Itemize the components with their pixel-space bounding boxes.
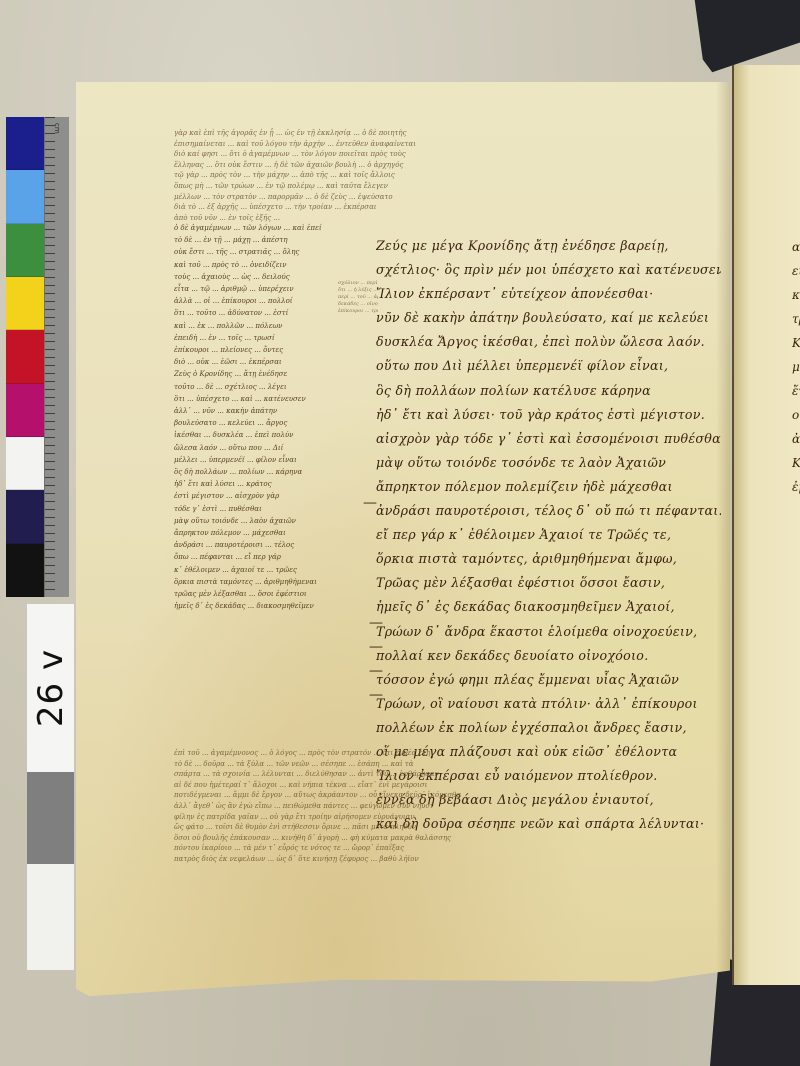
top-scholia-block: γὰρ καὶ ἐπὶ τῆς ἀγορᾶς ἐν ᾗ ... ὡς ἐν τῇ… — [174, 128, 674, 223]
folio-label-grey-patch — [27, 772, 74, 864]
commentary-line: Ζεὺς ὁ Κρονίδης ... ἄτῃ ἐνέδησε — [174, 368, 354, 380]
color-calibration-strip — [6, 117, 46, 597]
scholia-line: ἐπὶ τοῦ ... ἀγαμέμνονος ... ὁ λόγος ... … — [174, 748, 694, 759]
commentary-line: ἐπειδὴ ... ἐν ... τοῖς ... τρωσί — [174, 332, 354, 344]
swatch-black — [6, 544, 46, 597]
verse-line: ἄπρηκτον πόλεμον πολεμίζειν ἠδὲ μάχεσθαι — [376, 475, 721, 499]
commentary-line: ὅτι ... τοῦτο ... ἀδύνατον ... ἐστί — [174, 307, 354, 319]
verse-line: δυσκλέα Ἄργος ἱκέσθαι, ἐπεὶ πολὺν ὤλεσα … — [376, 330, 721, 354]
commentary-line: τόδε γ᾽ ἐστὶ ... πυθέσθαι — [174, 503, 354, 515]
commentary-line: ἠδ᾽ ἔτι καὶ λύσει ... κράτος — [174, 478, 354, 490]
facing-page-text: αἰεἰκετρΚμἔτοὐἀρΚἐμ — [792, 235, 800, 499]
scholia-line: γὰρ καὶ ἐπὶ τῆς ἀγορᾶς ἐν ᾗ ... ὡς ἐν τῇ… — [174, 128, 674, 139]
verse-line: νῦν δὲ κακὴν ἀπάτην βουλεύσατο, καί με κ… — [376, 306, 721, 330]
critical-sign-dash: — — [369, 663, 383, 679]
swatch-white — [6, 437, 46, 490]
scholia-line: αἱ δέ που ἡμέτεραί τ᾽ ἄλοχοι ... καὶ νήπ… — [174, 780, 694, 791]
verse-line: τόσσον ἐγώ φημι πλέας ἔμμεναι υἷας Ἀχαιῶ… — [376, 668, 721, 692]
verse-line: οὕτω που Διὶ μέλλει ὑπερμενέϊ φίλον εἶνα… — [376, 354, 721, 378]
scholia-line: ποτιδέγμεναι ... ἄμμι δὲ ἔργον ... αὔτως… — [174, 790, 694, 801]
verse-line: ἡμεῖς δ᾽ ἐς δεκάδας διακοσμηθεῖμεν Ἀχαιο… — [376, 595, 721, 619]
commentary-line: ὁ δὲ ἀγαμέμνων ... τῶν λόγων ... καὶ ἐπε… — [174, 222, 354, 234]
scholia-line: πόντου ἰκαρίοιο ... τὰ μέν τ᾽ εὖρός τε ν… — [174, 843, 694, 854]
swatch-green — [6, 224, 46, 277]
commentary-line: βουλεύσατο ... κελεύει ... ἄργος — [174, 417, 354, 429]
swatch-blue — [6, 117, 46, 170]
commentary-line: τοὺς ... ἀχαιοὺς ... ὡς ... δειλούς — [174, 271, 354, 283]
verse-line: Τρώων, οἳ ναίουσι κατὰ πτόλιν· ἀλλ᾽ ἐπίκ… — [376, 692, 721, 716]
scholia-line: τῷ γὰρ ... πρὸς τὸν ... τὴν μάχην ... ἀπ… — [174, 170, 674, 181]
commentary-line: καὶ τοῦ ... πρὸς τὸ ... ὀνειδίζειν — [174, 259, 354, 271]
verse-line: ἠδ᾽ ἔτι καὶ λύσει· τοῦ γὰρ κράτος ἐστὶ μ… — [376, 403, 721, 427]
scholia-line: διὸ καί φησι ... ὅτι ὁ ἀγαμέμνων ... τὸν… — [174, 149, 674, 160]
commentary-line: ἐπίκουροι ... πλείονες ... ὄντες — [174, 344, 354, 356]
facing-page-line: ἀρ — [792, 427, 800, 451]
commentary-line: ἀλλ᾽ ... νῦν ... κακὴν ἀπάτην — [174, 405, 354, 417]
commentary-line: ἐστὶ μέγιστον ... αἰσχρὸν γὰρ — [174, 490, 354, 502]
swatch-yellow — [6, 277, 46, 330]
manuscript-folio: γὰρ καὶ ἐπὶ τῆς ἀγορᾶς ἐν ᾗ ... ὡς ἐν τῇ… — [76, 82, 730, 998]
commentary-line: ἡμεῖς δ᾽ ἐς δεκάδας ... διακοσμηθεῖμεν — [174, 600, 354, 612]
facing-page-line: εἰ — [792, 259, 800, 283]
facing-page-line: Κ — [792, 331, 800, 355]
swatch-navy — [6, 490, 46, 543]
verse-line: Τρῶας μὲν λέξασθαι ἐφέστιοι ὅσσοι ἔασιν, — [376, 571, 721, 595]
bottom-scholia-block: ἐπὶ τοῦ ... ἀγαμέμνονος ... ὁ λόγος ... … — [174, 748, 694, 865]
swatch-magenta — [6, 384, 46, 437]
verse-line: ἀνδράσι παυροτέροισι, τέλος δ᾽ οὔ πώ τι … — [376, 499, 721, 523]
left-column-commentary: ὁ δὲ ἀγαμέμνων ... τῶν λόγων ... καὶ ἐπε… — [174, 222, 354, 613]
commentary-line: ὃς δὴ πολλάων ... πολίων ... κάρηνα — [174, 466, 354, 478]
margin-note-line: ἐπίκουροι ... τρώων — [338, 308, 378, 315]
scholia-line: ὅσοι οὐ βουλῆς ἐπάκουσαν ... κινήθη δ᾽ ἀ… — [174, 833, 694, 844]
facing-page-line: Κ — [792, 451, 800, 475]
folio-number: 26 v — [31, 649, 71, 727]
facing-page-line: τρ — [792, 307, 800, 331]
scholia-line: μέλλων ... τὸν στρατὸν ... παρορμᾶν ... … — [174, 192, 674, 203]
scholia-line: διὰ τὸ ... ἐξ ἀρχῆς ... ὑπέσχετο ... τὴν… — [174, 202, 674, 213]
measurement-ruler: cm — [44, 117, 69, 597]
critical-sign-dash: — — [369, 687, 383, 703]
commentary-line: οὐκ ἔστι ... τῆς ... στρατιᾶς ... ὅλης — [174, 246, 354, 258]
facing-page-line: ἐμ — [792, 475, 800, 499]
facing-page-line: μ — [792, 355, 800, 379]
verse-line: πολλέων ἐκ πολίων ἐγχέσπαλοι ἄνδρες ἔασι… — [376, 716, 721, 740]
margin-note-line: σχόλιον ... περὶ τοῦ ... ἄτης — [338, 280, 378, 287]
ruler-label: cm — [53, 123, 61, 134]
commentary-line: ὅτι ... ὑπέσχετο ... καὶ ... κατένευσεν — [174, 393, 354, 405]
verse-line: ὅρκια πιστὰ ταμόντες, ἀριθμηθήμεναι ἄμφω… — [376, 547, 721, 571]
verse-line: σχέτλιος· ὃς πρὶν μέν μοι ὑπέσχετο καὶ κ… — [376, 258, 721, 282]
interlinear-margin-notes: σχόλιον ... περὶ τοῦ ... ἄτηςὅτι ... ἡ λ… — [338, 280, 378, 315]
commentary-line: ὄπω ... πέφανται ... εἴ περ γάρ — [174, 551, 354, 563]
scholia-line: ἕλληνας ... ὅτι οὐκ ἔστιν ... ἡ δὲ τῶν ἀ… — [174, 160, 674, 171]
commentary-line: μέλλει ... ὑπερμενέϊ ... φίλον εἶναι — [174, 454, 354, 466]
commentary-line: μὰψ οὕτω τοιόνδε ... λαὸν ἀχαιῶν — [174, 515, 354, 527]
folio-label-white: 26 v — [27, 604, 74, 772]
verse-line: ὃς δὴ πολλάων πολίων κατέλυσε κάρηνα — [376, 379, 721, 403]
scholia-line: πατρὸς διὸς ἐκ νεφελάων ... ὡς δ᾽ ὅτε κι… — [174, 854, 694, 865]
verse-line: πολλαί κεν δεκάδες δευοίατο οἰνοχόοιο. — [376, 644, 721, 668]
commentary-line: ἀνδράσι ... παυροτέροισι ... τέλος — [174, 539, 354, 551]
critical-sign-dash: — — [369, 615, 383, 631]
folio-label-white-patch — [27, 864, 74, 970]
verse-line: εἴ περ γάρ κ᾽ ἐθέλοιμεν Ἀχαιοί τε Τρῶές … — [376, 523, 721, 547]
commentary-line: ἱκέσθαι ... δυσκλέα ... ἐπεὶ πολύν — [174, 429, 354, 441]
facing-page-line: οὐ — [792, 403, 800, 427]
commentary-line: ἄπρηκτον πόλεμον ... μάχεσθαι — [174, 527, 354, 539]
critical-sign-dash: — — [369, 639, 383, 655]
folio-label-tab: 26 v — [27, 604, 74, 970]
commentary-line: ὅρκια πιστὰ ταμόντες ... ἀριθμηθήμεναι — [174, 576, 354, 588]
commentary-line: ὤλεσα λαόν ... οὕτω που ... Διί — [174, 442, 354, 454]
scholia-line: ἐπισημαίνεται ... καὶ τοῦ λόγου τὴν ἀρχὴ… — [174, 139, 674, 150]
scholia-line: σπάρτα ... τὰ σχοινία ... λέλυνται ... δ… — [174, 769, 694, 780]
verse-line: Ἴλιον ἐκπέρσαντ᾽ εὐτείχεον ἀπονέεσθαι· — [376, 282, 721, 306]
margin-note-line: περὶ ... τοῦ ... ἀριθμοῦ — [338, 294, 378, 301]
scholia-line: ὣς φάτο ... τοῖσι δὲ θυμὸν ἐνὶ στήθεσσιν… — [174, 822, 694, 833]
commentary-line: διὸ ... οὐκ ... ἐῶσι ... ἐκπέρσαι — [174, 356, 354, 368]
scholia-line: ὅπως μὴ ... τῶν τρώων ... ἐν τῷ πολέμῳ .… — [174, 181, 674, 192]
swatch-red — [6, 330, 46, 383]
commentary-line: τρῶας μὲν λέξασθαι ... ὅσοι ἐφέστιοι — [174, 588, 354, 600]
commentary-line: κ᾽ ἐθέλοιμεν ... ἀχαιοί τε ... τρῶες — [174, 564, 354, 576]
main-poetic-text: Ζεύς με μέγα Κρονίδης ἄτῃ ἐνέδησε βαρείῃ… — [376, 234, 721, 836]
commentary-line: τοῦτο ... δὲ ... σχέτλιος ... λέγει — [174, 381, 354, 393]
verse-line: Τρώων δ᾽ ἄνδρα ἕκαστοι ἑλοίμεθα οἰνοχοεύ… — [376, 620, 721, 644]
commentary-line: ἀλλὰ ... οἱ ... ἐπίκουροι ... πολλοί — [174, 295, 354, 307]
critical-sign-dash: — — [363, 495, 377, 511]
verse-line: αἰσχρὸν γὰρ τόδε γ᾽ ἐστὶ καὶ ἐσσομένοισι… — [376, 427, 721, 451]
scholia-line: τὸ δὲ ... δοῦρα ... τὰ ξύλα ... τῶν νεῶν… — [174, 759, 694, 770]
commentary-line: καὶ ... ἐκ ... πολλῶν ... πόλεων — [174, 320, 354, 332]
facing-page-line: αἰ — [792, 235, 800, 259]
swatch-light-blue — [6, 170, 46, 223]
scholia-line: ἀλλ᾽ ἄγεθ᾽ ὡς ἂν ἐγὼ εἴπω ... πειθώμεθα … — [174, 801, 694, 812]
margin-note-line: ὅτι ... ἡ λέξις ... ἀπάτη — [338, 287, 378, 294]
facing-page-line: κε — [792, 283, 800, 307]
facing-page-line: ἔτ — [792, 379, 800, 403]
commentary-line: τὸ δὲ ... ἐν τῇ ... μάχῃ ... ἀπέστη — [174, 234, 354, 246]
facing-page: αἰεἰκετρΚμἔτοὐἀρΚἐμ — [732, 65, 800, 985]
verse-line: Ζεύς με μέγα Κρονίδης ἄτῃ ἐνέδησε βαρείῃ… — [376, 234, 721, 258]
margin-note-line: δεκάδες ... οἰνοχόοι — [338, 301, 378, 308]
commentary-line: εἶτα ... τῷ ... ἀριθμῷ ... ὑπερέχειν — [174, 283, 354, 295]
scholia-line: φίλην ἐς πατρίδα γαῖαν ... οὐ γὰρ ἔτι τρ… — [174, 812, 694, 823]
verse-line: μὰψ οὕτω τοιόνδε τοσόνδε τε λαὸν Ἀχαιῶν — [376, 451, 721, 475]
